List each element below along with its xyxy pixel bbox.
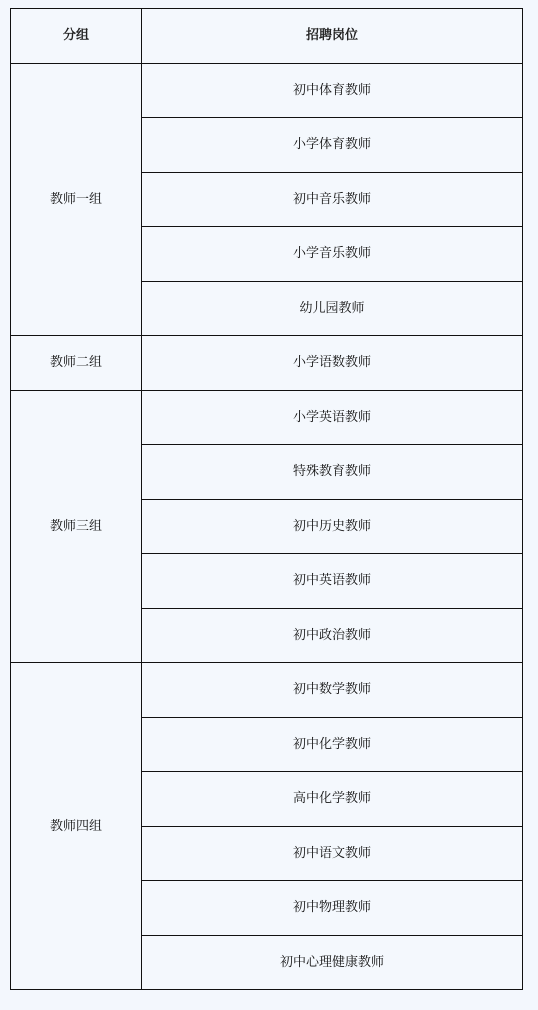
position-cell: 特殊教育教师 [142, 445, 523, 500]
table-row: 教师四组 初中数学教师 [11, 663, 523, 718]
group-cell-4: 教师四组 [11, 663, 142, 990]
table-row: 教师二组 小学语数教师 [11, 336, 523, 391]
group-cell-3: 教师三组 [11, 390, 142, 663]
group-cell-2: 教师二组 [11, 336, 142, 391]
position-cell: 小学音乐教师 [142, 227, 523, 282]
table-row: 教师三组 小学英语教师 [11, 390, 523, 445]
table-row: 教师一组 初中体育教师 [11, 63, 523, 118]
position-cell: 幼儿园教师 [142, 281, 523, 336]
position-cell: 小学语数教师 [142, 336, 523, 391]
position-cell: 小学英语教师 [142, 390, 523, 445]
position-cell: 初中政治教师 [142, 608, 523, 663]
position-cell: 初中体育教师 [142, 63, 523, 118]
position-cell: 初中历史教师 [142, 499, 523, 554]
position-cell: 初中英语教师 [142, 554, 523, 609]
position-cell: 初中化学教师 [142, 717, 523, 772]
position-cell: 初中物理教师 [142, 881, 523, 936]
position-cell: 初中音乐教师 [142, 172, 523, 227]
group-cell-1: 教师一组 [11, 63, 142, 336]
recruitment-group-table: 分组 招聘岗位 教师一组 初中体育教师 小学体育教师 初中音乐教师 小学音乐教师… [10, 8, 523, 990]
position-cell: 小学体育教师 [142, 118, 523, 173]
header-row: 分组 招聘岗位 [11, 9, 523, 64]
header-position: 招聘岗位 [142, 9, 523, 64]
position-cell: 初中语文教师 [142, 826, 523, 881]
position-cell: 初中数学教师 [142, 663, 523, 718]
header-group: 分组 [11, 9, 142, 64]
position-cell: 高中化学教师 [142, 772, 523, 827]
position-cell: 初中心理健康教师 [142, 935, 523, 990]
